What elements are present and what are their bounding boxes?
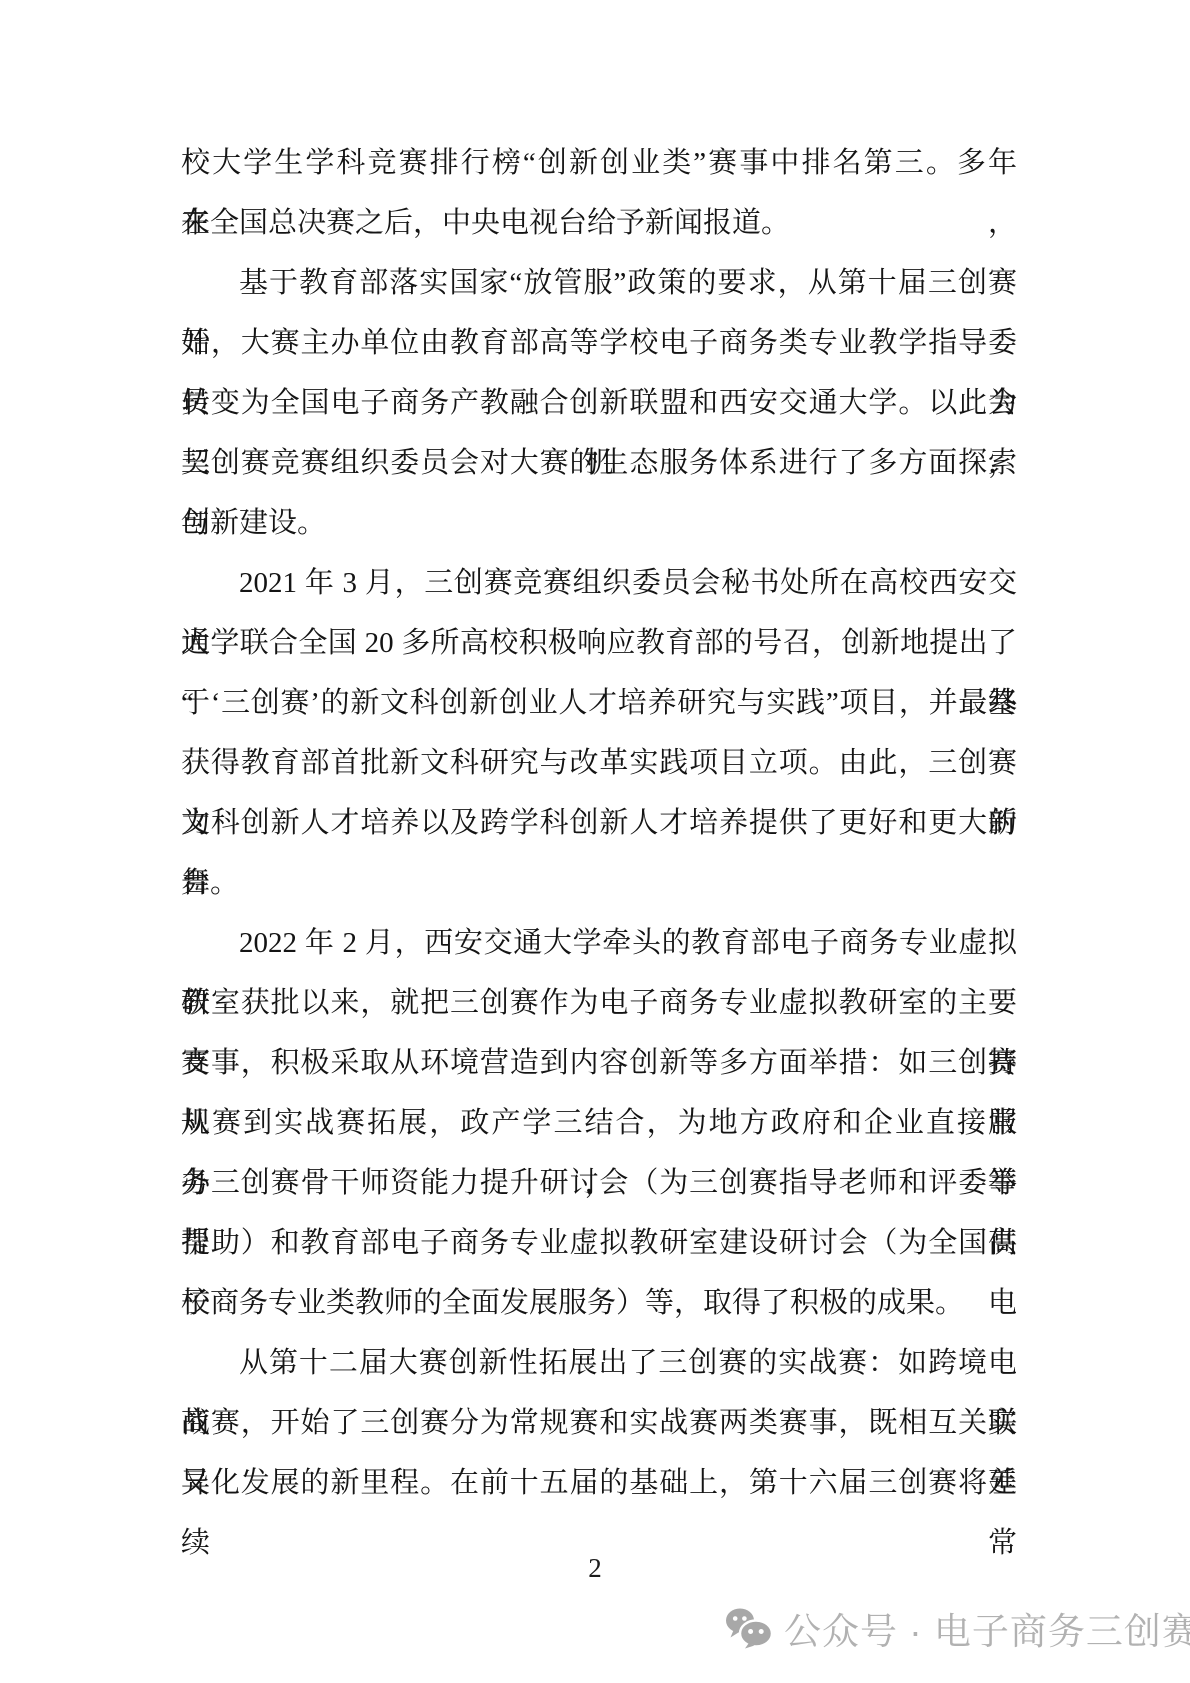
text-line: 于‘三创赛’的新文科创新创业人才培养研究与实践”项目，并最终 (181, 673, 1017, 733)
text-line: 基于教育部落实国家“放管服”政策的要求，从第十届三创赛开 (181, 253, 1017, 313)
text-line: 办三创赛骨干师资能力提升研讨会（为三创赛指导老师和评委等提供 (181, 1153, 1017, 1213)
text-line: 帮助）和教育部电子商务专业虚拟教研室建设研讨会（为全国高校电 (181, 1213, 1017, 1273)
document-page: 校大学生学科竞赛排行榜“创新创业类”赛事中排名第三。多年来， 在全国总决赛之后，… (0, 0, 1190, 1683)
text-line: 文科创新人才培养以及跨学科创新人才培养提供了更好和更大的舞 (181, 793, 1017, 853)
text-line: 从第十二届大赛创新性拓展出了三创赛的实战赛：如跨境电商实 (181, 1333, 1017, 1393)
text-line: 2021 年 3 月，三创赛竞赛组织委员会秘书处所在高校西安交通 (181, 553, 1017, 613)
watermark-label: 公众号 · 电子商务三创赛 (784, 1601, 1190, 1655)
text-line: 规赛到实战赛拓展，政产学三结合，为地方政府和企业直接服务，举 (181, 1093, 1017, 1153)
text-line: 赛事，积极采取从环境营造到内容创新等多方面举措：如三创赛从常 (181, 1033, 1017, 1093)
body-text: 校大学生学科竞赛排行榜“创新创业类”赛事中排名第三。多年来， 在全国总决赛之后，… (181, 133, 1017, 1513)
text-line: 创新建设。 (181, 493, 1017, 553)
text-line: 转变为全国电子商务产教融合创新联盟和西安交通大学。以此为契机， (181, 373, 1017, 433)
text-line: 子商务专业类教师的全面发展服务）等，取得了积极的成果。 (181, 1273, 1017, 1333)
text-line: 大学联合全国 20 多所高校积极响应教育部的号召，创新地提出了“基 (181, 613, 1017, 673)
wechat-watermark: 公众号 · 电子商务三创赛 (725, 1601, 1190, 1655)
text-line: 始，大赛主办单位由教育部高等学校电子商务类专业教学指导委员会 (181, 313, 1017, 373)
text-line: 三创赛竞赛组织委员会对大赛的生态服务体系进行了多方面探索与 (181, 433, 1017, 493)
page-number: 2 (0, 1553, 1190, 1584)
text-line: 战赛，开始了三创赛分为常规赛和实战赛两类赛事，既相互关联又差 (181, 1393, 1017, 1453)
wechat-icon (725, 1607, 773, 1649)
text-line: 异化发展的新里程。在前十五届的基础上，第十六届三创赛将延续常 (181, 1453, 1017, 1513)
text-line: 2022 年 2 月，西安交通大学牵头的教育部电子商务专业虚拟教 (181, 913, 1017, 973)
text-line: 获得教育部首批新文科研究与改革实践项目立项。由此，三创赛为新 (181, 733, 1017, 793)
text-line: 研室获批以来，就把三创赛作为电子商务专业虚拟教研室的主要支持 (181, 973, 1017, 1033)
text-line: 校大学生学科竞赛排行榜“创新创业类”赛事中排名第三。多年来， (181, 133, 1017, 193)
text-line: 台。 (181, 853, 1017, 913)
